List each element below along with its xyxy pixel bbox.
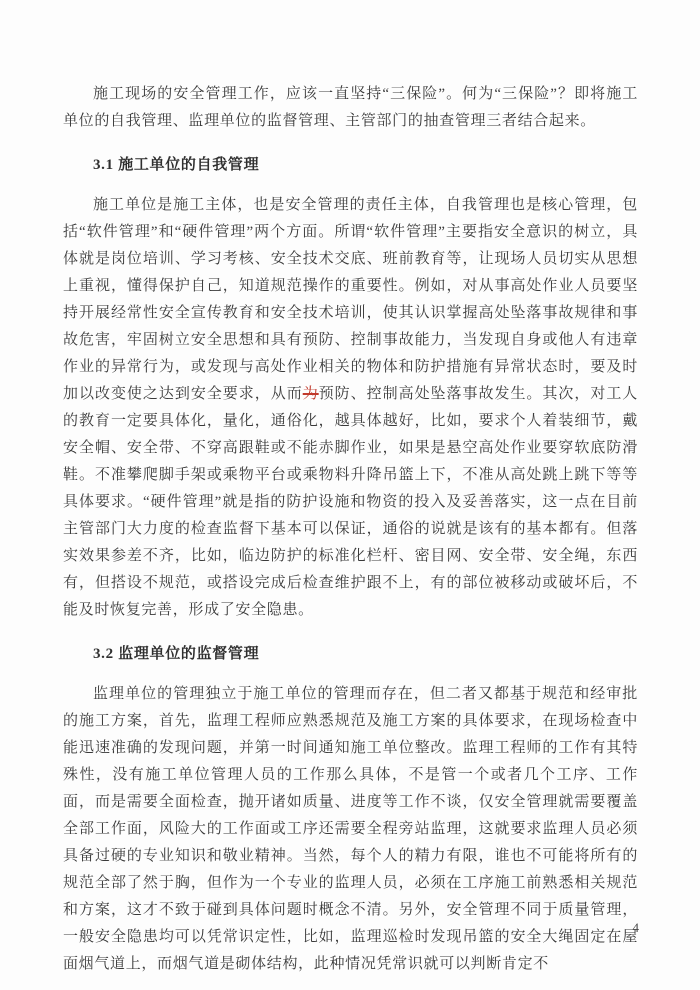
section-3-1-text-before-deletion: 施工单位是施工主体，也是安全管理的责任主体，自我管理也是核心管理，包括“软件管理… [63,197,638,402]
document-page: 施工现场的安全管理工作，应该一直坚持“三保险”。何为“三保险”？即将施工单位的自… [0,0,700,990]
tracked-change-deleted-character: 为 [303,386,319,402]
section-3-1-paragraph: 施工单位是施工主体，也是安全管理的责任主体，自我管理也是核心管理，包括“软件管理… [63,192,638,624]
page-number: 4 [633,920,640,936]
heading-3-1: 3.1 施工单位的自我管理 [63,152,638,179]
section-3-2-paragraph: 监理单位的管理独立于施工单位的管理而存在，但二者又都基于规范和经审批的施工方案，… [63,681,638,978]
document-body: 施工现场的安全管理工作，应该一直坚持“三保险”。何为“三保险”？即将施工单位的自… [63,81,638,978]
heading-3-2: 3.2 监理单位的监督管理 [63,641,638,668]
intro-paragraph: 施工现场的安全管理工作，应该一直坚持“三保险”。何为“三保险”？即将施工单位的自… [63,81,638,135]
section-3-1-text-after-deletion: 预防、控制高处坠落事故发生。其次，对工人的教育一定要具体化，量化，通俗化，越具体… [63,386,638,618]
